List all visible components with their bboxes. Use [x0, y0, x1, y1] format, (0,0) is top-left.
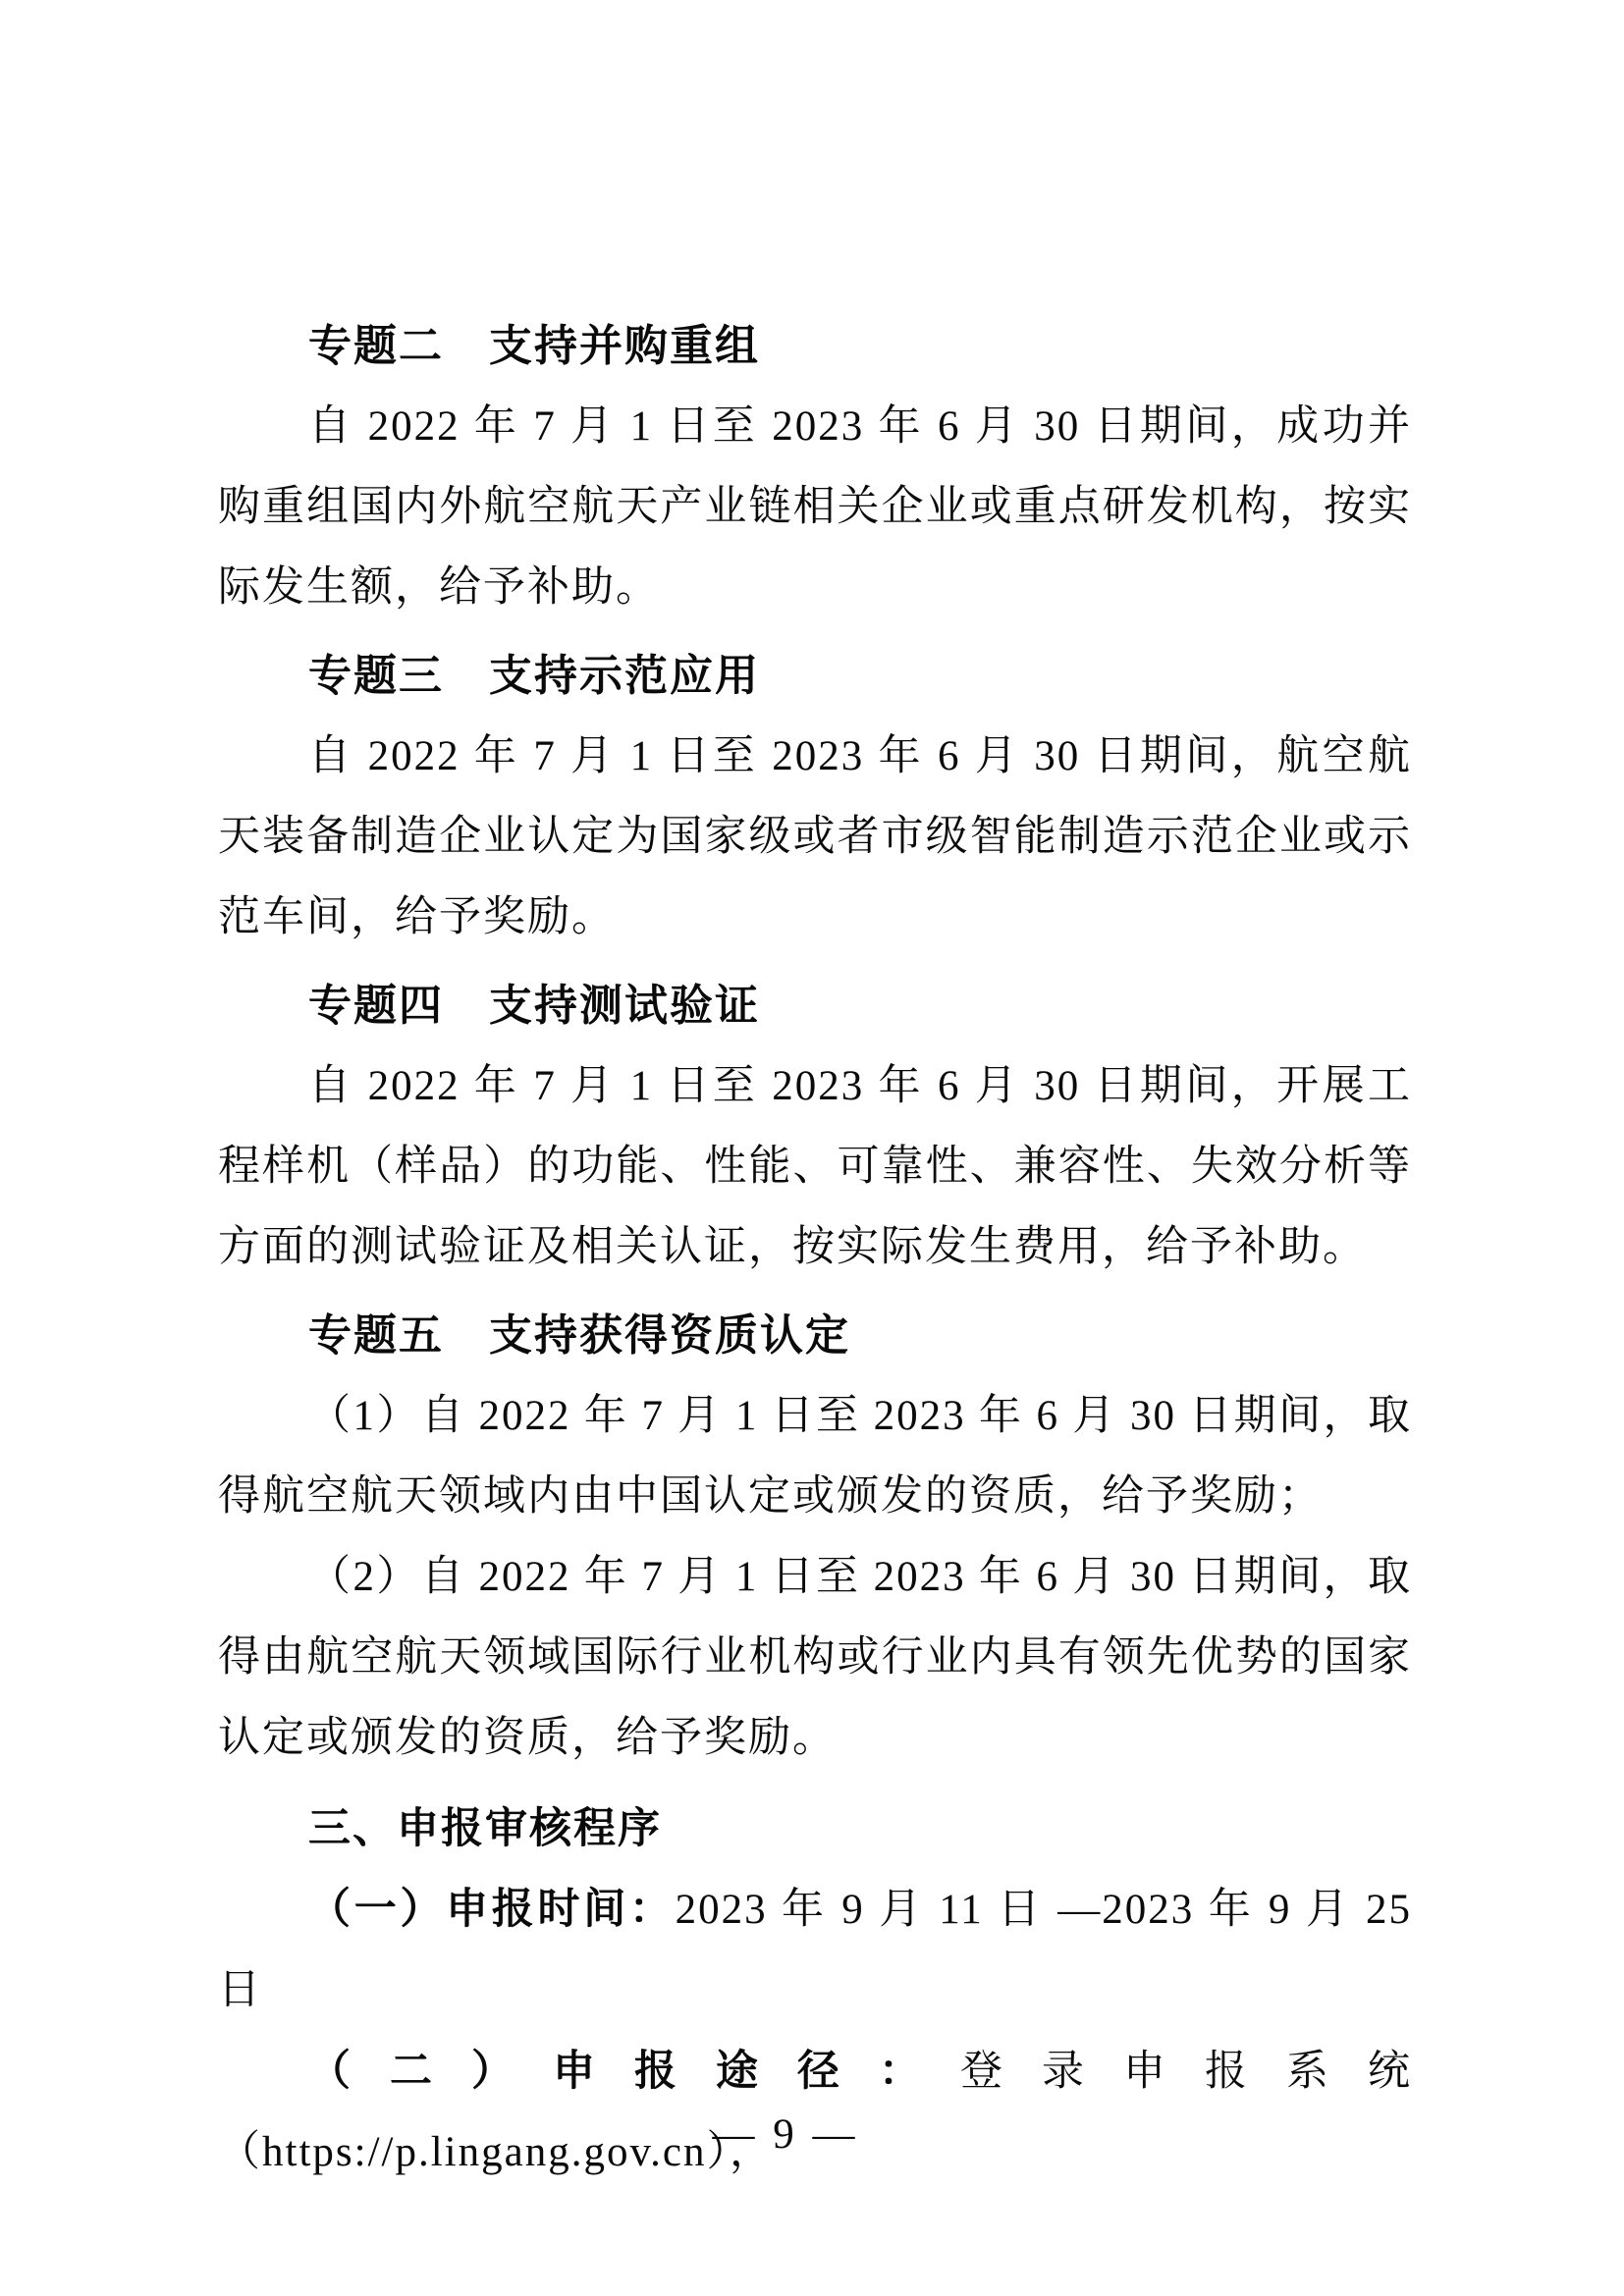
application-channel-label: （二）申报途径：	[308, 2047, 960, 2096]
paragraph-application-time: （一）申报时间：2023 年 9 月 11 日 —2023 年 9 月 25 日	[218, 1869, 1412, 2031]
paragraph-topic-2-body: 自 2022 年 7 月 1 日至 2023 年 6 月 30 日期间，成功并购…	[218, 387, 1412, 628]
heading-topic-4: 专题四 支持测试验证	[218, 966, 1412, 1046]
paragraph-topic-5-item-1: （1）自 2022 年 7 月 1 日至 2023 年 6 月 30 日期间，取…	[218, 1376, 1412, 1537]
heading-section-3-review-procedure: 三、申报审核程序	[218, 1789, 1412, 1869]
heading-topic-5: 专题五 支持获得资质认定	[218, 1296, 1412, 1376]
document-page: 专题二 支持并购重组 自 2022 年 7 月 1 日至 2023 年 6 月 …	[0, 0, 1624, 2296]
page-number: — 9 —	[0, 2110, 1571, 2159]
heading-topic-2: 专题二 支持并购重组	[218, 306, 1412, 387]
heading-topic-3: 专题三 支持示范应用	[218, 636, 1412, 717]
paragraph-topic-3-body: 自 2022 年 7 月 1 日至 2023 年 6 月 30 日期间，航空航天…	[218, 717, 1412, 958]
paragraph-topic-4-body: 自 2022 年 7 月 1 日至 2023 年 6 月 30 日期间，开展工程…	[218, 1046, 1412, 1288]
paragraph-topic-5-item-2: （2）自 2022 年 7 月 1 日至 2023 年 6 月 30 日期间，取…	[218, 1537, 1412, 1779]
document-body: 专题二 支持并购重组 自 2022 年 7 月 1 日至 2023 年 6 月 …	[218, 306, 1412, 2193]
application-time-label: （一）申报时间：	[308, 1885, 676, 1934]
